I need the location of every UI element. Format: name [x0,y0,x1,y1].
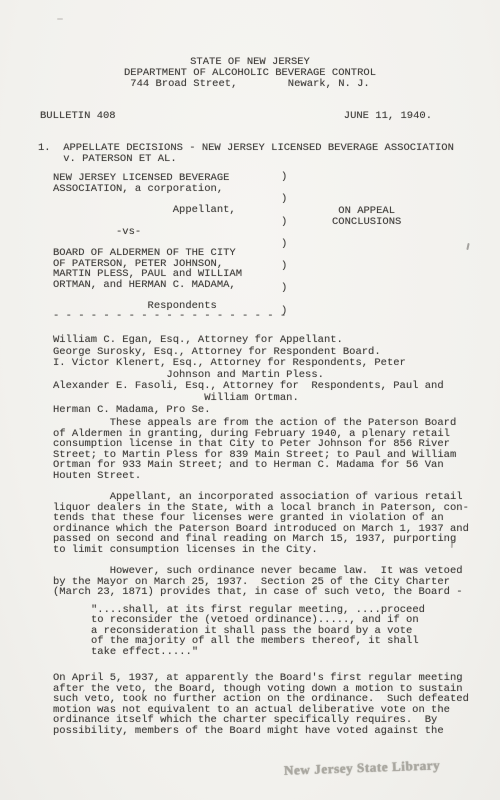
counsel-list: William C. Egan, Esq., Attorney for Appe… [53,335,444,416]
letterhead: STATE OF NEW JERSEY DEPARTMENT OF ALCOHO… [0,57,500,89]
caption-separator: - - - - - - - - - - - - - - - - - - - [53,311,286,322]
bulletin-number: BULLETIN 408 [40,111,116,122]
scanned-document-page: STATE OF NEW JERSEY DEPARTMENT OF ALCOHO… [0,0,500,800]
bulletin-row: BULLETIN 408 JUNE 11, 1940. [40,111,432,122]
paragraph-appellant-contention: Appellant, an incorporated association o… [53,492,469,556]
caption-parties: NEW JERSEY LICENSED BEVERAGE ASSOCIATION… [53,173,242,312]
paragraph-appeals: These appeals are from the action of the… [53,418,456,482]
scan-artifact [466,243,469,250]
case-heading: 1. APPELLATE DECISIONS - NEW JERSEY LICE… [38,143,454,164]
library-stamp: New Jersey State Library [284,757,441,778]
charter-quote-block: "....shall, at its first regular meeting… [91,605,425,657]
bulletin-date: JUNE 11, 1940. [344,111,432,122]
paragraph-ordinance-veto: However, such ordinance never became law… [53,566,463,598]
scan-artifact [57,18,63,20]
paragraph-board-meeting: On April 5, 1937, at apparently the Boar… [53,673,469,737]
caption-paren-column: ) ) ) ) ) ) ) [281,166,287,322]
caption-appeal-label: ON APPEAL CONCLUSIONS [332,206,401,228]
